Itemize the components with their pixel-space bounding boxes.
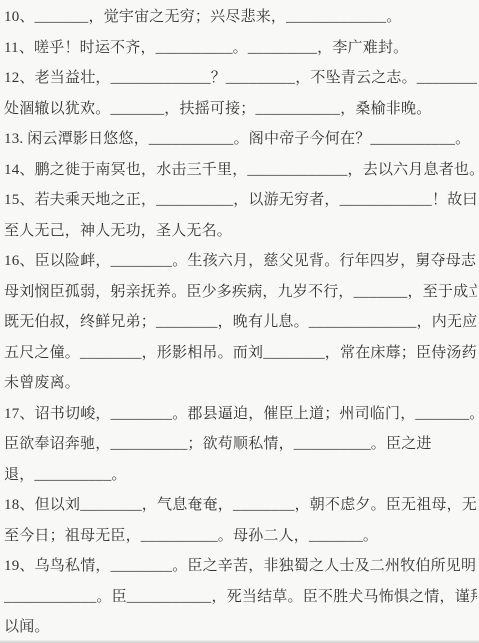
worksheet-line-item12: 12、老当益壮，_____________？_________，不坠青云之志。_… (4, 63, 477, 94)
worksheet-page: 10、_______，觉宇宙之无穷；兴尽悲来，_____________。 11… (0, 0, 479, 643)
worksheet-line-item11: 11、嗟乎！时运不齐，__________。_________，李广难封。 (4, 33, 477, 64)
worksheet-line-item17: 17、诏书切峻，________。郡县逼迫，催臣上道；州司临门，_______。 (4, 399, 477, 430)
worksheet-line-item17-cont1: 臣欲奉诏奔驰，__________；欲苟顺私情，__________。臣之进 (4, 429, 477, 460)
worksheet-line-item15: 15、若夫乘天地之正，__________，以游无穷者，____________… (4, 185, 477, 216)
worksheet-line-item18-cont: 至今日；祖母无臣，__________。母孙二人，_______。 (4, 521, 477, 552)
worksheet-line-item19: 19、乌鸟私情，________。臣之辛苦，非独蜀之人士及二州牧伯所见明知， (4, 551, 477, 582)
worksheet-line-item16-cont3: 五尺之僮。________，形影相吊。而刘________，常在床蓐；臣侍汤药， (4, 338, 477, 369)
worksheet-line-item16: 16、臣以险衅，________。生孩六月，慈父见背。行年四岁，舅夺母志。祖 (4, 246, 477, 277)
worksheet-line-item16-cont1: 母刘悯臣孤弱，躬亲抚养。臣少多疾病，九岁不行，_______，至于成立。 (4, 277, 477, 308)
worksheet-line-item19-cont2: 以闻。 (4, 612, 477, 643)
worksheet-line-item13: 13. 闲云潭影日悠悠，___________。阁中帝子今何在？________… (4, 124, 477, 155)
worksheet-line-item10: 10、_______，觉宇宙之无穷；兴尽悲来，_____________。 (4, 2, 477, 33)
worksheet-line-item16-cont2: 既无伯叔，终鲜兄弟；________，晚有儿息。______________，内… (4, 307, 477, 338)
worksheet-line-item12-cont: 处涸辙以犹欢。_______，扶摇可接；___________，桑榆非晚。 (4, 94, 477, 125)
worksheet-line-item14: 14、鹏之徙于南冥也，水击三千里，_____________，去以六月息者也。 (4, 155, 477, 186)
worksheet-line-item17-cont2: 退，__________。 (4, 460, 477, 491)
worksheet-line-item15-cont: 至人无己，神人无功，圣人无名。 (4, 216, 477, 247)
worksheet-line-item19-cont1: ____________。臣___________，死当结草。臣不胜犬马怖惧之情… (4, 582, 477, 613)
worksheet-line-item18: 18、但以刘________，气息奄奄，________，朝不虑夕。臣无祖母，无… (4, 490, 477, 521)
worksheet-line-item16-cont4: 未曾废离。 (4, 368, 477, 399)
